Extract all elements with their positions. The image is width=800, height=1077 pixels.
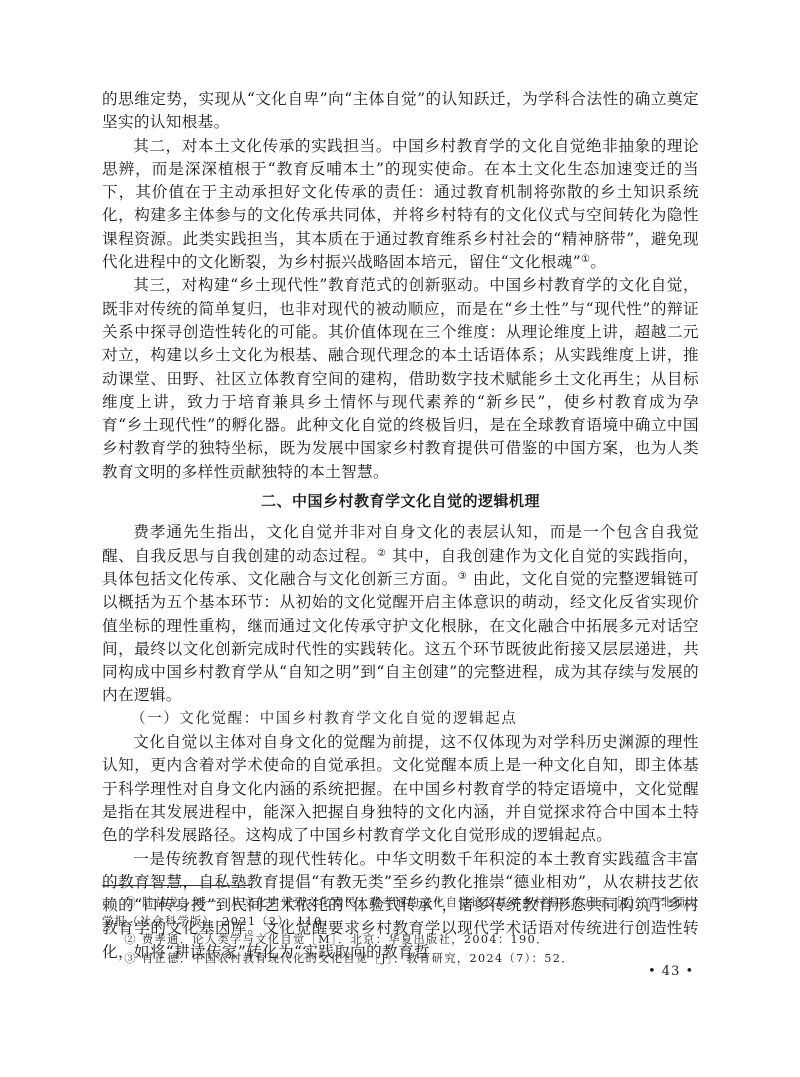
footnotes: ① 陆益龙，刘一．从文化自觉到文化富民：费孝通的文化自觉论及其对乡村振兴的启示［… xyxy=(102,894,699,969)
paragraph-second-point: 其二，对本土文化传承的实践担当。中国乡村教育学的文化自觉绝非抽象的理论思辨，而是… xyxy=(102,135,699,275)
footnote-divider xyxy=(102,885,250,886)
footnote-ref-1[interactable]: ① xyxy=(581,254,590,265)
intro-part-3: 由此，文化自觉的完整逻辑链可以概括为五个基本环节：从初始的文化觉醒开启主体意识的… xyxy=(102,570,699,704)
footnote-ref-3[interactable]: ③ xyxy=(458,571,468,582)
paragraph-text: 其二，对本土文化传承的实践担当。中国乡村教育学的文化自觉绝非抽象的理论思辨，而是… xyxy=(102,137,699,271)
footnote-1: ① 陆益龙，刘一．从文化自觉到文化富民：费孝通的文化自觉论及其对乡村振兴的启示［… xyxy=(102,894,699,931)
paragraph-tail: 。 xyxy=(590,253,606,271)
paragraph-continuation: 的思维定势，实现从“文化自卑”向“主体自觉”的认知跃迁，为学科合法性的确立奠定坚… xyxy=(102,88,699,135)
footnote-3: ③ 肖正德．中国农村教育现代化的文化自觉［J］．教育研究，2024（7）：52． xyxy=(102,950,699,969)
footnote-2: ② 费孝通．论人类学与文化自觉［M］．北京：华夏出版社，2004：190． xyxy=(102,931,699,950)
page-body: 的思维定势，实现从“文化自卑”向“主体自觉”的认知跃迁，为学科合法性的确立奠定坚… xyxy=(102,88,699,964)
section-heading: 二、中国乡村教育学文化自觉的逻辑机理 xyxy=(102,490,699,513)
page-number: • 43 • xyxy=(648,964,694,979)
paragraph-cultural-awakening: 文化自觉以主体对自身文化的觉醒为前提，这不仅体现为对学科历史渊源的理性认知，更内… xyxy=(102,731,699,847)
subsection-heading: （一）文化觉醒：中国乡村教育学文化自觉的逻辑起点 xyxy=(102,708,699,731)
paragraph-third-point: 其三，对构建“乡土现代性”教育范式的创新驱动。中国乡村教育学的文化自觉，既非对传… xyxy=(102,274,699,484)
paragraph-section-intro: 费孝通先生指出，文化自觉并非对自身文化的表层认知，而是一个包含自我觉醒、自我反思… xyxy=(102,521,699,707)
